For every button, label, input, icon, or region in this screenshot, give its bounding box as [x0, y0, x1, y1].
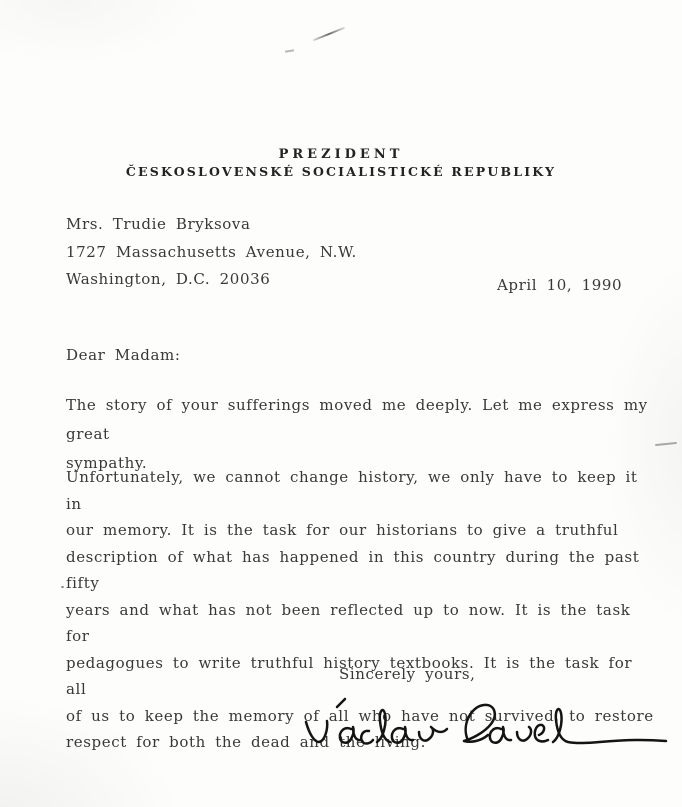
letterhead-subtitle: ČESKOSLOVENSKÉ SOCIALISTICKÉ REPUBLIKY	[0, 164, 682, 179]
salutation: Dear Madam:	[66, 346, 181, 364]
scan-artifact-dash	[655, 442, 677, 446]
letterhead-title: PREZIDENT	[0, 147, 682, 162]
letter-date: April 10, 1990	[497, 276, 622, 294]
recipient-address-block: Mrs. Trudie Bryksova 1727 Massachusetts …	[66, 211, 357, 294]
scan-artifact-scratch	[313, 27, 345, 42]
scan-artifact-scratch-small	[285, 49, 294, 52]
scan-artifact-speck	[61, 586, 64, 588]
signature-strokes	[306, 699, 666, 744]
scanned-letter-page: PREZIDENT ČESKOSLOVENSKÉ SOCIALISTICKÉ R…	[0, 0, 682, 807]
closing-phrase: Sincerely yours,	[339, 665, 476, 683]
handwritten-signature	[300, 696, 672, 766]
